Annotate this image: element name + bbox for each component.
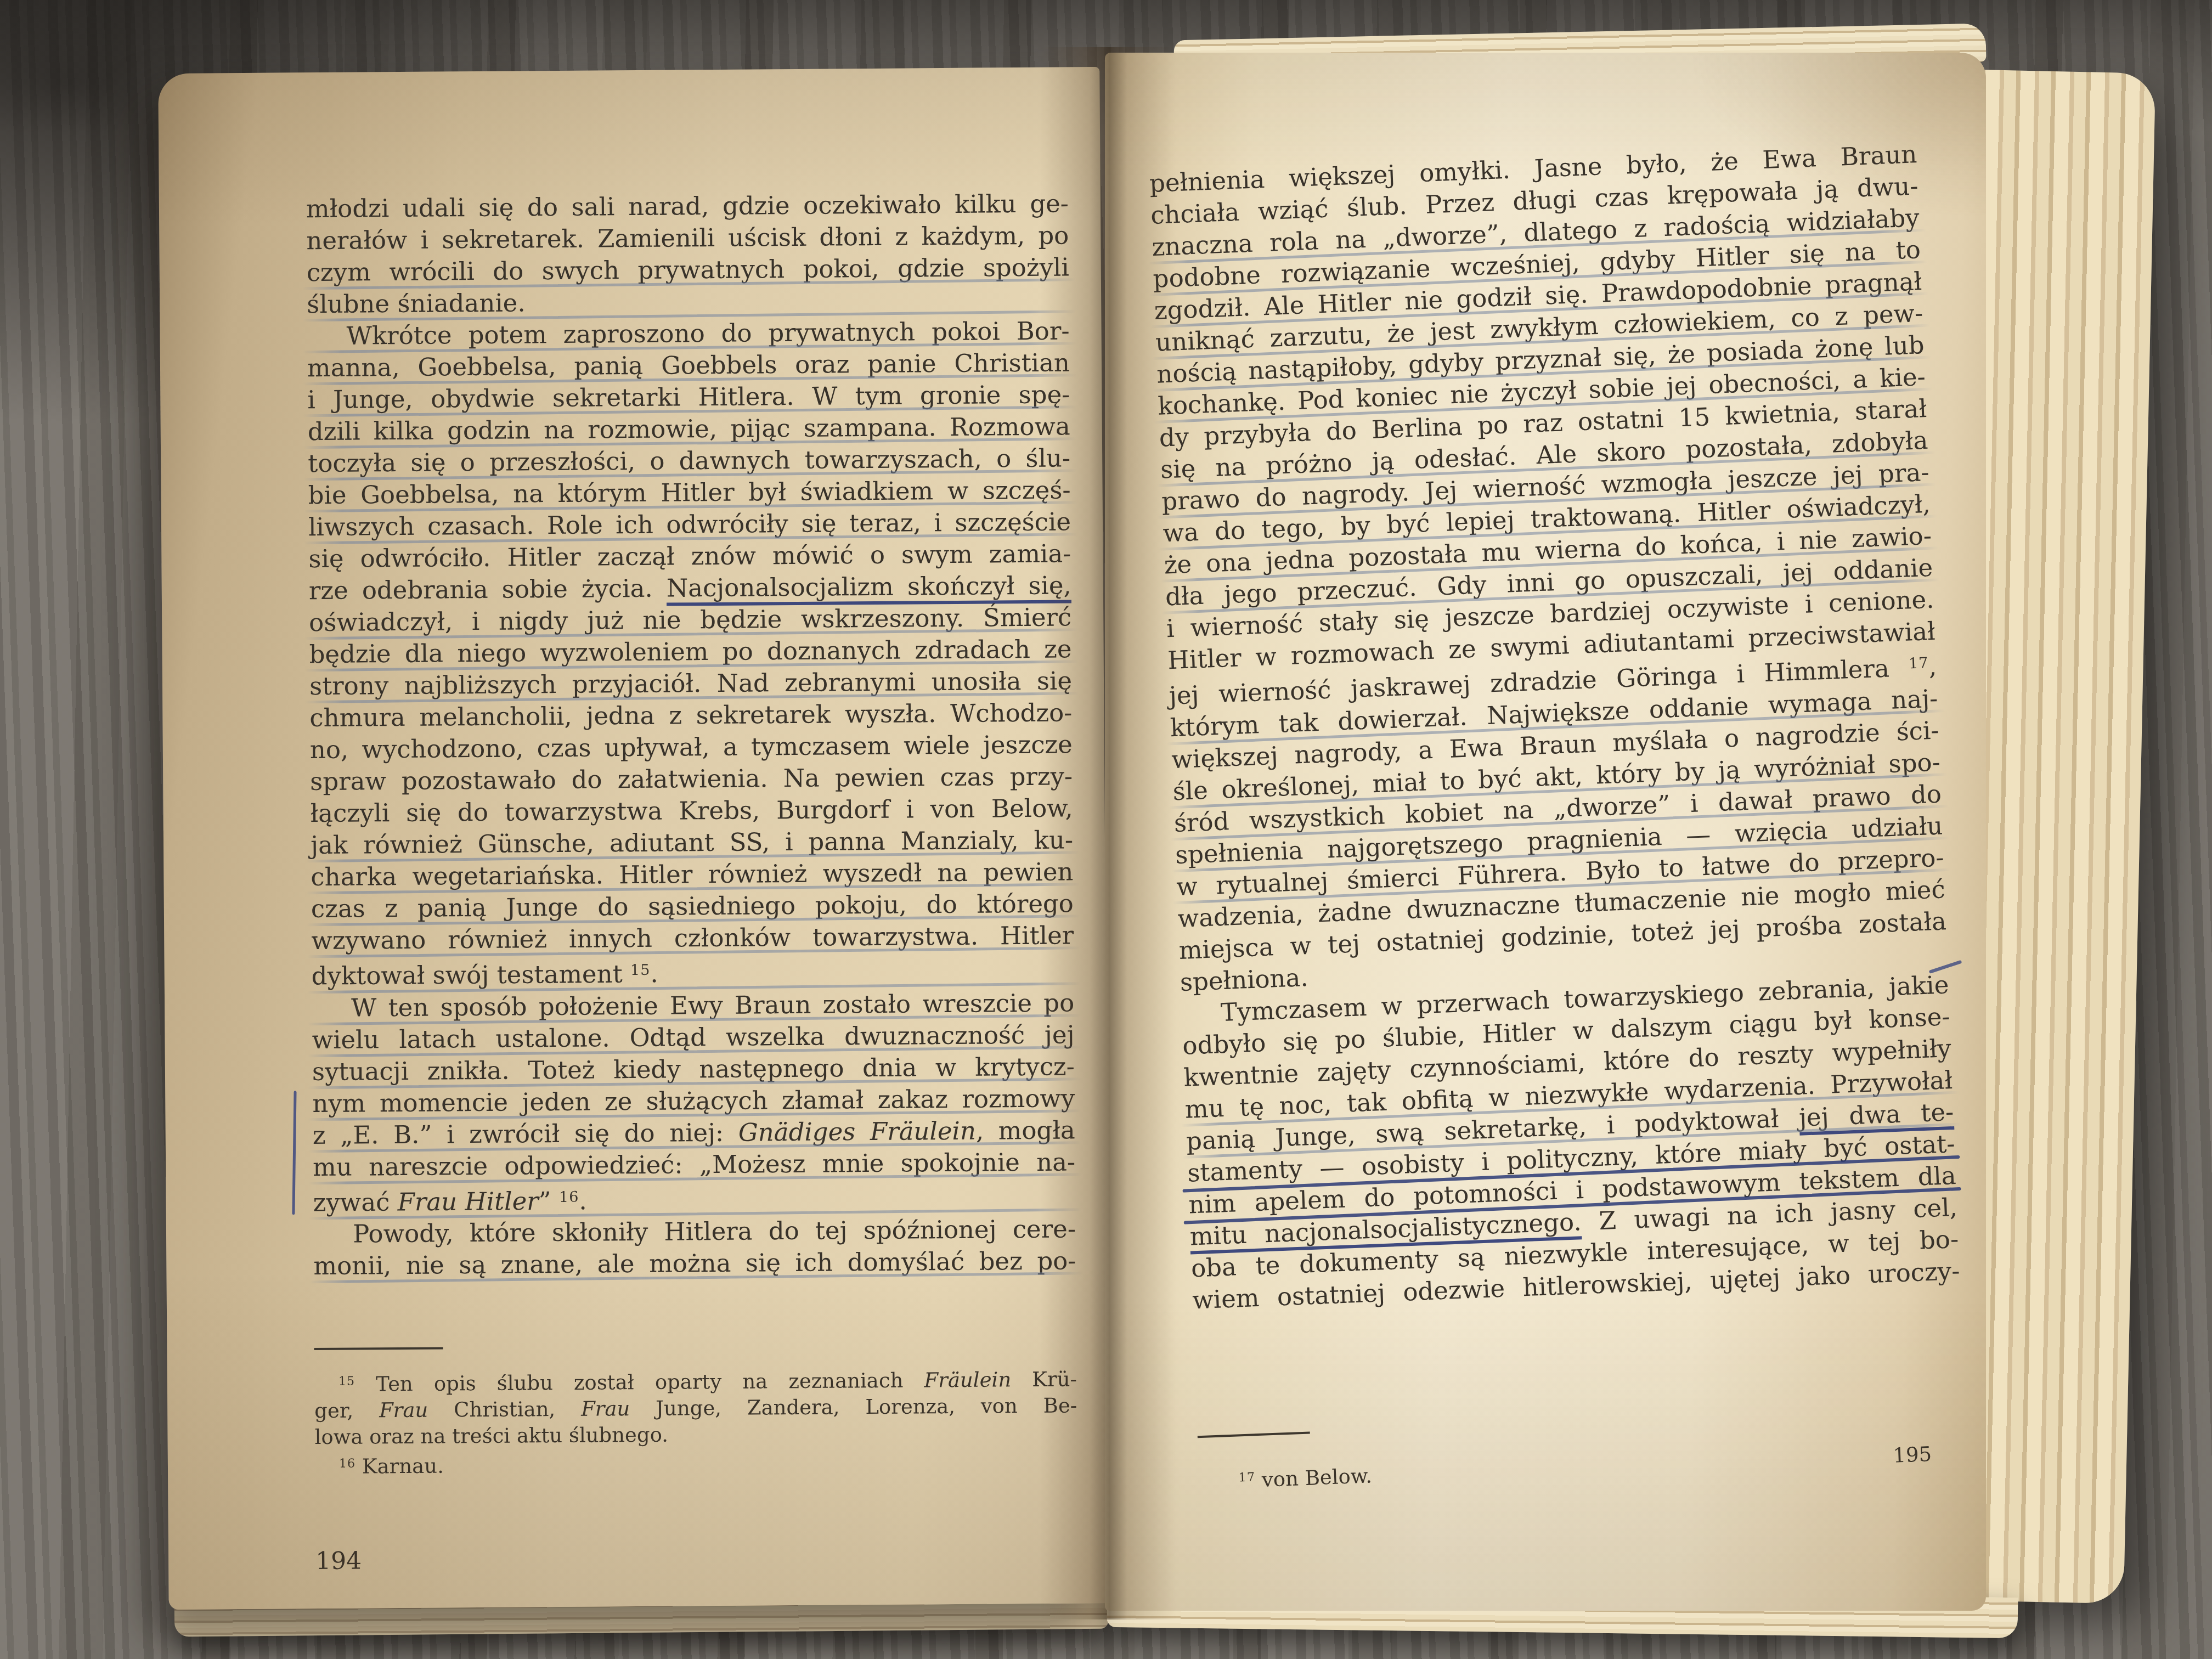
text-line: nerałów i sekretarek. Zamienili uścisk d… <box>306 219 1069 257</box>
text-segment: 17 <box>1908 654 1929 672</box>
text-segment: Karnau. <box>356 1454 444 1479</box>
text-line: W ten sposób położenie Ewy Braun zostało… <box>312 987 1074 1024</box>
text-line: manna, Goebbelsa, panią Goebbels oraz pa… <box>307 347 1070 384</box>
text-segment: Fräulein <box>924 1368 1011 1392</box>
text-line: Powody, które skłoniły Hitlera do tej sp… <box>313 1213 1076 1250</box>
text-line: no, wychodzono, czas upływał, a tymczase… <box>310 729 1073 766</box>
text-line: liwszych czasach. Role ich odwróciły się… <box>308 506 1071 543</box>
text-segment: nym momencie jeden ze służących złamał z… <box>312 1084 1075 1118</box>
page-number-left: 194 <box>315 1547 362 1576</box>
text-segment: się odwróciło. Hitler zaczął znów mówić … <box>308 539 1071 573</box>
text-segment: Nacjonalsocjalizm skończył się, <box>667 571 1071 606</box>
text-segment: von Below. <box>1255 1464 1372 1492</box>
text-segment: i Junge, obydwie sekretarki Hitlera. W t… <box>307 380 1070 414</box>
right-page-body: pełnienia większej omyłki. Jasne było, ż… <box>1149 138 1960 1316</box>
text-segment: ślubne śniadanie. <box>307 288 526 319</box>
text-segment: ” <box>539 1186 560 1215</box>
text-segment: czas z panią Junge do sąsiedniego pokoju… <box>311 889 1074 923</box>
text-segment: młodzi udali się do sali narad, gdzie oc… <box>306 189 1069 223</box>
text-segment: 17 <box>1238 1470 1255 1485</box>
text-segment: 16 <box>339 1457 356 1471</box>
text-line: będzie dla niego wyzwoleniem po doznanyc… <box>309 633 1071 670</box>
text-line: wielu latach ustalone. Odtąd wszelka dwu… <box>312 1019 1074 1056</box>
text-segment: spełniona. <box>1180 962 1309 996</box>
text-line: toczyła się o przeszłości, o dawnych tow… <box>308 442 1070 479</box>
right-page-footnotes: 17 von Below. <box>1199 1457 1373 1498</box>
text-line: jak również Günsche, adiutant SS, i pann… <box>311 824 1073 861</box>
page-number-right: 195 <box>1892 1438 1932 1472</box>
left-page-footnotes: 15 Ten opis ślubu został oparty na zezna… <box>314 1363 1077 1480</box>
text-segment: łączyli się do towarzystwa Krebs, Burgdo… <box>310 793 1073 828</box>
text-line: mu nareszcie odpowiedzieć: „Możesz mnie … <box>313 1146 1075 1183</box>
text-segment: chmura melancholii, jedna z sekretarek w… <box>309 698 1072 732</box>
text-segment: będzie dla niego wyzwoleniem po doznanyc… <box>309 634 1071 669</box>
text-line: oświadczył, i nigdy już nie będzie wskrz… <box>309 601 1071 639</box>
footnote-separator-right <box>1198 1431 1310 1438</box>
text-segment: wzywano również innych członków towarzys… <box>311 921 1074 955</box>
text-segment: sytuacji znikła. Toteż kiedy następnego … <box>312 1052 1075 1086</box>
text-line: monii, nie są znane, ale można się ich d… <box>313 1245 1076 1282</box>
text-segment: bie Goebbelsa, na którym Hitler był świa… <box>308 475 1070 510</box>
text-line: sytuacji znikła. Toteż kiedy następnego … <box>312 1051 1075 1088</box>
text-line: 15 Ten opis ślubu został oparty na zezna… <box>314 1363 1077 1398</box>
text-segment: jak również Günsche, adiutant SS, i pann… <box>311 825 1073 860</box>
text-line: charka wegetariańska. Hitler również wys… <box>311 856 1073 893</box>
footnote-separator-left <box>314 1347 443 1350</box>
text-line: z „E. B.” i zwrócił się do niej: Gnädige… <box>313 1114 1075 1152</box>
text-line: Wkrótce potem zaproszono do prywatnych p… <box>307 315 1069 352</box>
text-segment: Frau <box>581 1397 630 1421</box>
text-line: 17 von Below. <box>1199 1457 1373 1498</box>
text-segment: ger, <box>314 1398 379 1423</box>
text-segment: Frau <box>379 1398 428 1423</box>
text-segment: Christian, <box>428 1397 581 1422</box>
text-line: rze odebrania sobie życia. Nacjonalsocja… <box>309 569 1071 607</box>
text-segment: toczyła się o przeszłości, o dawnych tow… <box>308 443 1070 478</box>
text-segment: Junge, Zandera, Lorenza, von Be- <box>630 1393 1077 1420</box>
text-segment: Krü- <box>1011 1367 1077 1391</box>
text-line: czas z panią Junge do sąsiedniego pokoju… <box>311 888 1074 925</box>
right-page-text: pełnienia większej omyłki. Jasne było, ż… <box>1149 138 1967 1498</box>
text-segment: monii, nie są znane, ale można się ich d… <box>313 1246 1076 1280</box>
text-segment: nerałów i sekretarek. Zamienili uścisk d… <box>306 221 1069 255</box>
text-segment: Powody, które skłoniły Hitlera do tej sp… <box>353 1214 1076 1248</box>
text-segment: z „E. B.” i zwrócił się do niej: <box>313 1118 738 1149</box>
text-segment: no, wychodzono, czas upływał, a tymczase… <box>310 730 1073 764</box>
right-page: pełnienia większej omyłki. Jasne było, ż… <box>1105 53 1986 1611</box>
text-line: i Junge, obydwie sekretarki Hitlera. W t… <box>307 379 1070 416</box>
text-segment: 16 <box>559 1188 579 1205</box>
text-line: czym wrócili do swych prywatnych pokoi, … <box>307 251 1069 289</box>
text-segment: dyktował swój testament <box>312 960 631 991</box>
text-segment: mu nareszcie odpowiedzieć: „Możesz mnie … <box>313 1147 1075 1182</box>
text-segment: dzili kilka godzin na rozmowie, pijąc sz… <box>308 411 1070 446</box>
text-segment: czym wrócili do swych prywatnych pokoi, … <box>307 252 1069 287</box>
text-line: ślubne śniadanie. <box>307 283 1069 320</box>
text-segment: 15 <box>338 1374 355 1389</box>
text-segment: , mogła <box>976 1115 1075 1145</box>
text-line: zywać Frau Hitler” 16. <box>313 1178 1075 1218</box>
text-line: 16 Karnau. <box>315 1445 1077 1480</box>
text-line: wzywano również innych członków towarzys… <box>311 919 1074 957</box>
text-segment: strony najbliższych przyjaciół. Nad zebr… <box>309 666 1072 701</box>
text-line: nym momencie jeden ze służących złamał z… <box>312 1082 1075 1120</box>
text-segment: 15 <box>630 962 651 979</box>
text-segment: . <box>650 959 658 988</box>
text-segment: charka wegetariańska. Hitler również wys… <box>311 857 1073 891</box>
text-segment: oświadczył, i nigdy już nie będzie wskrz… <box>309 602 1071 637</box>
text-segment: . <box>579 1186 587 1215</box>
text-segment: Wkrótce potem zaproszono do prywatnych p… <box>346 316 1069 350</box>
right-page-footer: 17 von Below. 195 <box>1199 1435 1932 1498</box>
text-line: młodzi udali się do sali narad, gdzie oc… <box>306 188 1069 225</box>
text-segment: Ten opis ślubu został oparty na zeznania… <box>355 1368 924 1396</box>
book-photo: młodzi udali się do sali narad, gdzie oc… <box>0 0 2212 1659</box>
text-segment: manna, Goebbelsa, panią Goebbels oraz pa… <box>307 348 1070 382</box>
text-segment: spraw pozostawało do załatwienia. Na pew… <box>310 761 1073 796</box>
text-line: się odwróciło. Hitler zaczął znów mówić … <box>308 538 1071 575</box>
text-segment: liwszych czasach. Role ich odwróciły się… <box>308 507 1071 541</box>
text-segment: lowa oraz na treści aktu ślubnego. <box>314 1423 668 1449</box>
text-line: strony najbliższych przyjaciół. Nad zebr… <box>309 665 1072 702</box>
text-segment: zywać <box>313 1187 397 1217</box>
text-line: dzili kilka godzin na rozmowie, pijąc sz… <box>308 410 1070 448</box>
text-line: dyktował swój testament 15. <box>311 951 1074 992</box>
margin-pen-line <box>292 1091 296 1215</box>
text-line: bie Goebbelsa, na którym Hitler był świa… <box>308 474 1070 511</box>
text-segment: , <box>1928 652 1937 681</box>
text-line: spraw pozostawało do załatwienia. Na pew… <box>310 760 1073 798</box>
text-segment: W ten sposób położenie Ewy Braun zostało… <box>351 988 1074 1022</box>
text-line: łączyli się do towarzystwa Krebs, Burgdo… <box>310 792 1073 830</box>
text-segment: wielu latach ustalone. Odtąd wszelka dwu… <box>312 1020 1074 1054</box>
text-segment: rze odebrania sobie życia. <box>309 574 667 606</box>
left-page: młodzi udali się do sali narad, gdzie oc… <box>158 67 1110 1610</box>
text-segment: Frau Hitler <box>397 1186 538 1216</box>
text-segment: Gnädiges Fräulein <box>738 1116 976 1147</box>
left-page-text: młodzi udali się do sali narad, gdzie oc… <box>306 188 1076 1282</box>
text-line: chmura melancholii, jedna z sekretarek w… <box>309 697 1072 734</box>
